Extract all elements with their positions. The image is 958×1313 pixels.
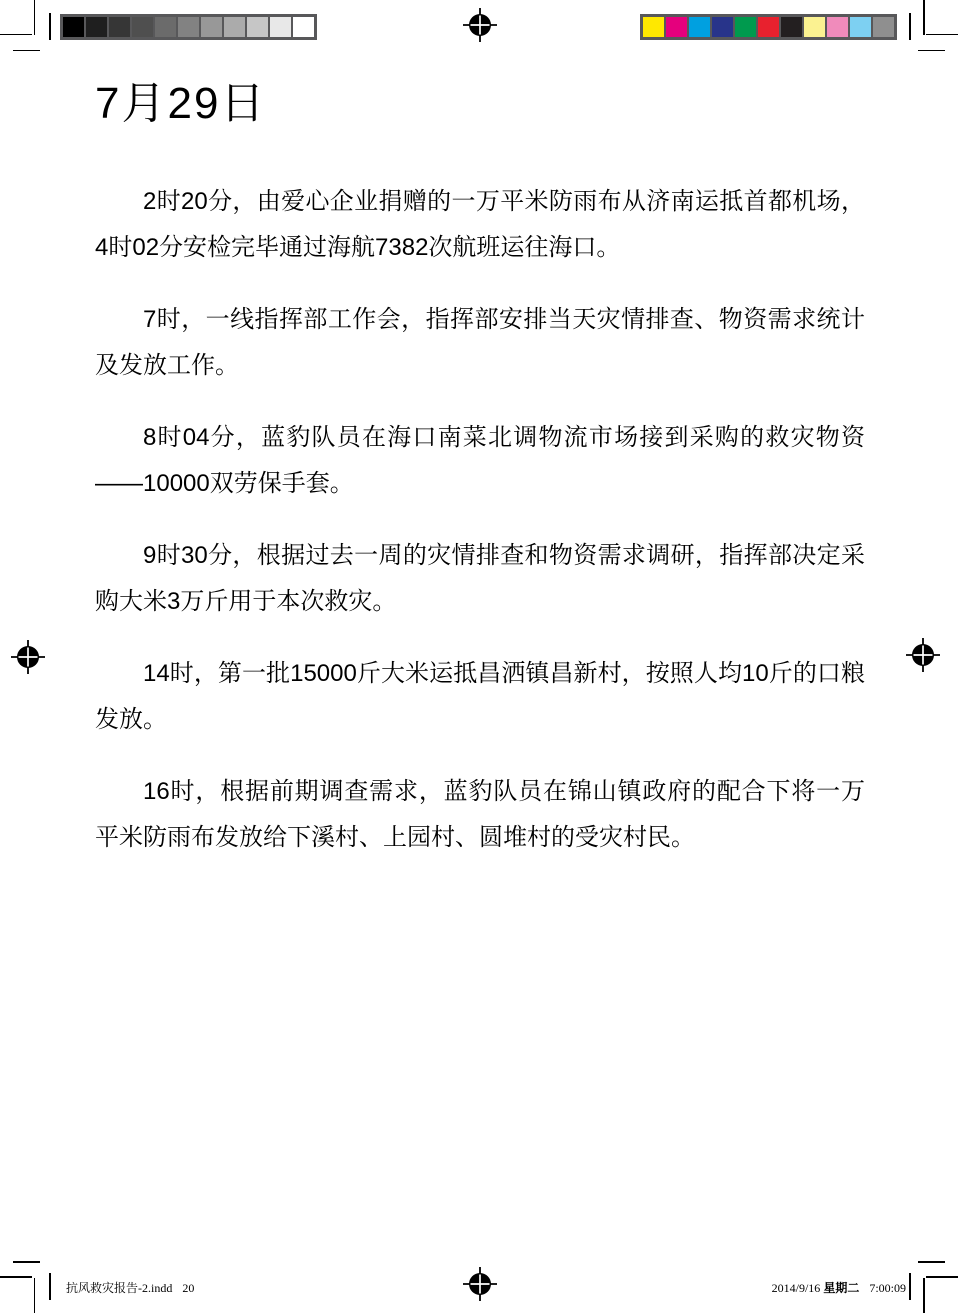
crop-mark (926, 34, 958, 36)
color-swatch (804, 17, 825, 37)
slug-weekday: 星期二 (823, 1281, 859, 1295)
slug-filename: 抗风救灾报告-2.indd (66, 1281, 172, 1295)
crop-mark (909, 1273, 911, 1300)
slug-file-info: 抗风救灾报告-2.indd20 (66, 1279, 194, 1296)
crop-mark (0, 34, 32, 36)
color-swatch (666, 17, 687, 37)
page-title: 7月29日 (95, 78, 266, 131)
color-swatch (224, 17, 245, 37)
color-swatch (247, 17, 268, 37)
color-swatch (132, 17, 153, 37)
print-proof-page: 7月29日 2时20分，由爱心企业捐赠的一万平米防雨布从济南运抵首都机场，4时0… (0, 0, 958, 1313)
crop-mark (918, 1261, 945, 1263)
crop-mark (918, 50, 945, 52)
grayscale-calibration-bar (60, 14, 317, 40)
crop-mark (34, 1278, 36, 1313)
color-swatch (293, 17, 314, 37)
color-swatch (712, 17, 733, 37)
color-calibration-bar (640, 14, 897, 40)
color-swatch (873, 17, 894, 37)
color-swatch (643, 17, 664, 37)
color-swatch (781, 17, 802, 37)
registration-mark-icon (463, 8, 497, 42)
color-swatch (735, 17, 756, 37)
body-paragraph: 9时30分，根据过去一周的灾情排查和物资需求调研，指挥部决定采购大米3万斤用于本… (95, 533, 865, 625)
crop-mark (0, 1276, 32, 1278)
color-swatch (109, 17, 130, 37)
body-text-block: 2时20分，由爱心企业捐赠的一万平米防雨布从济南运抵首都机场，4时02分安检完毕… (95, 179, 865, 887)
body-paragraph: 16时，根据前期调查需求，蓝豹队员在锦山镇政府的配合下将一万平米防雨布发放给下溪… (95, 769, 865, 861)
crop-mark (923, 0, 925, 35)
registration-mark-icon (463, 1267, 497, 1301)
color-swatch (270, 17, 291, 37)
crop-mark (49, 1273, 51, 1300)
body-paragraph: 14时，第一批15000斤大米运抵昌洒镇昌新村，按照人均10斤的口粮发放。 (95, 651, 865, 743)
slug-date: 2014/9/16 (772, 1281, 821, 1295)
slug-timestamp: 2014/9/16 星期二7:00:09 (772, 1279, 906, 1296)
body-paragraph: 2时20分，由爱心企业捐赠的一万平米防雨布从济南运抵首都机场，4时02分安检完毕… (95, 179, 865, 271)
color-swatch (689, 17, 710, 37)
crop-mark (34, 0, 36, 35)
crop-mark (13, 1261, 40, 1263)
color-swatch (201, 17, 222, 37)
color-swatch (155, 17, 176, 37)
color-swatch (827, 17, 848, 37)
crop-mark (923, 1278, 925, 1313)
registration-mark-icon (906, 638, 940, 672)
color-swatch (850, 17, 871, 37)
registration-mark-icon (11, 640, 45, 674)
crop-mark (49, 13, 51, 40)
color-swatch (63, 17, 84, 37)
color-swatch (758, 17, 779, 37)
body-paragraph: 8时04分，蓝豹队员在海口南菜北调物流市场接到采购的救灾物资——10000双劳保… (95, 415, 865, 507)
crop-mark (926, 1276, 958, 1278)
slug-time: 7:00:09 (869, 1281, 906, 1295)
body-paragraph: 7时，一线指挥部工作会，指挥部安排当天灾情排查、物资需求统计及发放工作。 (95, 297, 865, 389)
color-swatch (86, 17, 107, 37)
color-swatch (178, 17, 199, 37)
crop-mark (13, 50, 40, 52)
crop-mark (909, 13, 911, 40)
slug-page-number: 20 (182, 1281, 194, 1295)
